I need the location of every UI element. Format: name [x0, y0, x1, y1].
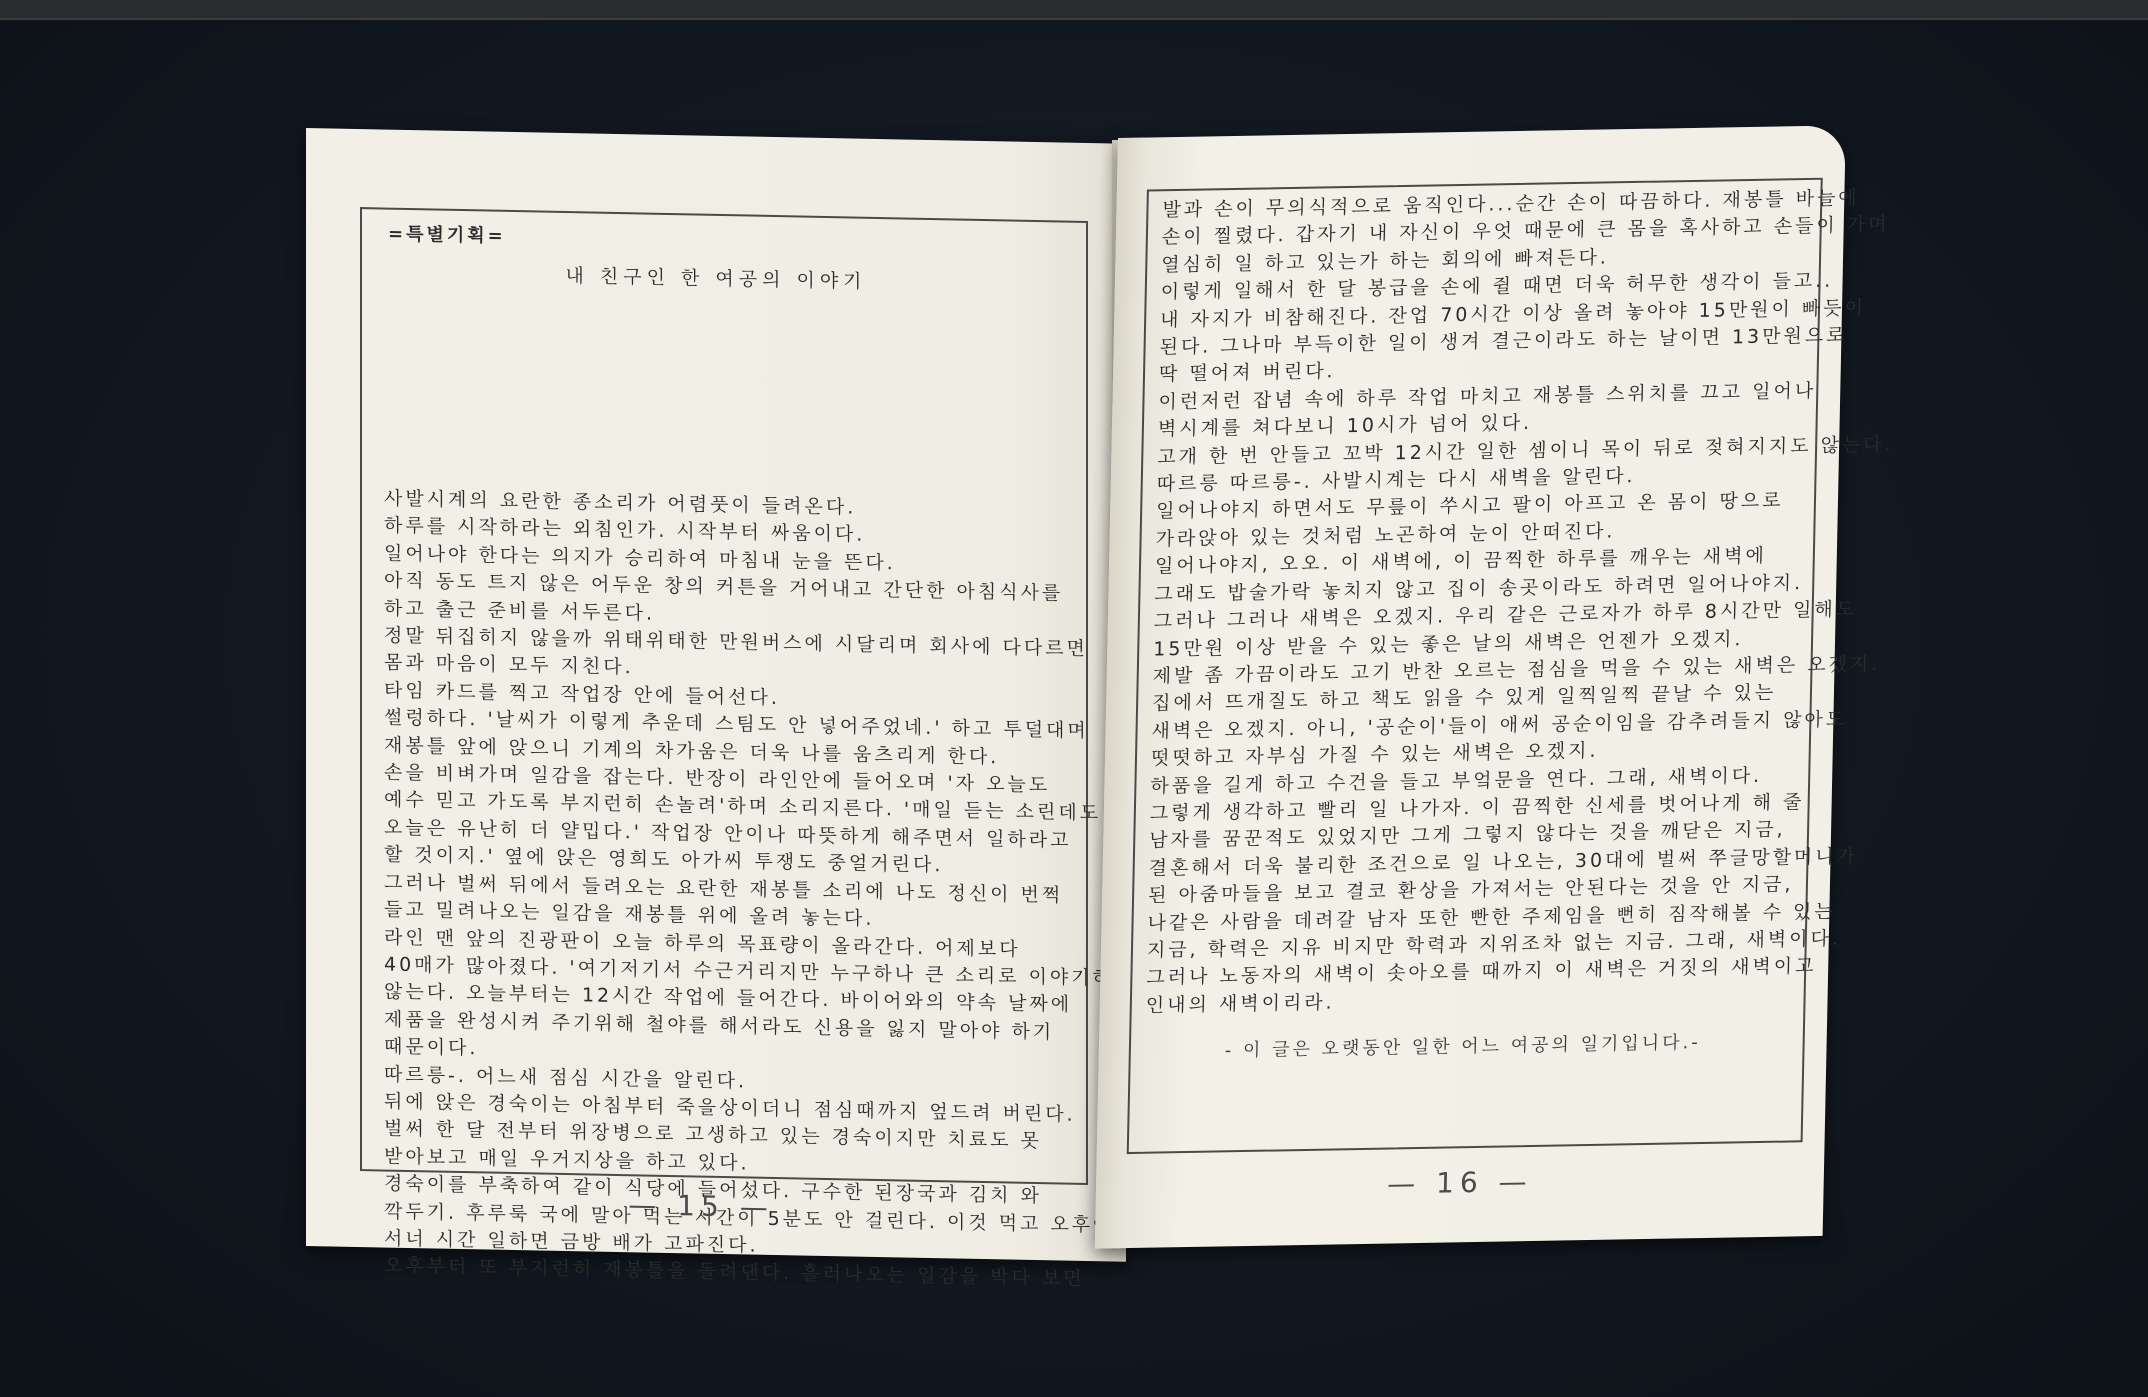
left-page: =특별기획= 내 친구인 한 여공의 이야기 사발시계의 요란한 종소리가 어렴… [306, 128, 1126, 1262]
left-page-body: 사발시계의 요란한 종소리가 어렴풋이 들려온다.하루를 시작하라는 외침인가.… [384, 485, 1074, 1293]
section-label: =특별기획= [388, 220, 506, 248]
right-page-body: 발과 손이 무의식적으로 움직인다...순간 손이 따끔하다. 재봉틀 바늘에손… [1146, 186, 1813, 1020]
page-number-16: — 16 — [1096, 1160, 1825, 1206]
right-page: 발과 손이 무의식적으로 움직인다...순간 손이 따끔하다. 재봉틀 바늘에손… [1095, 125, 1846, 1248]
open-booklet: =특별기획= 내 친구인 한 여공의 이야기 사발시계의 요란한 종소리가 어렴… [0, 0, 2148, 1397]
